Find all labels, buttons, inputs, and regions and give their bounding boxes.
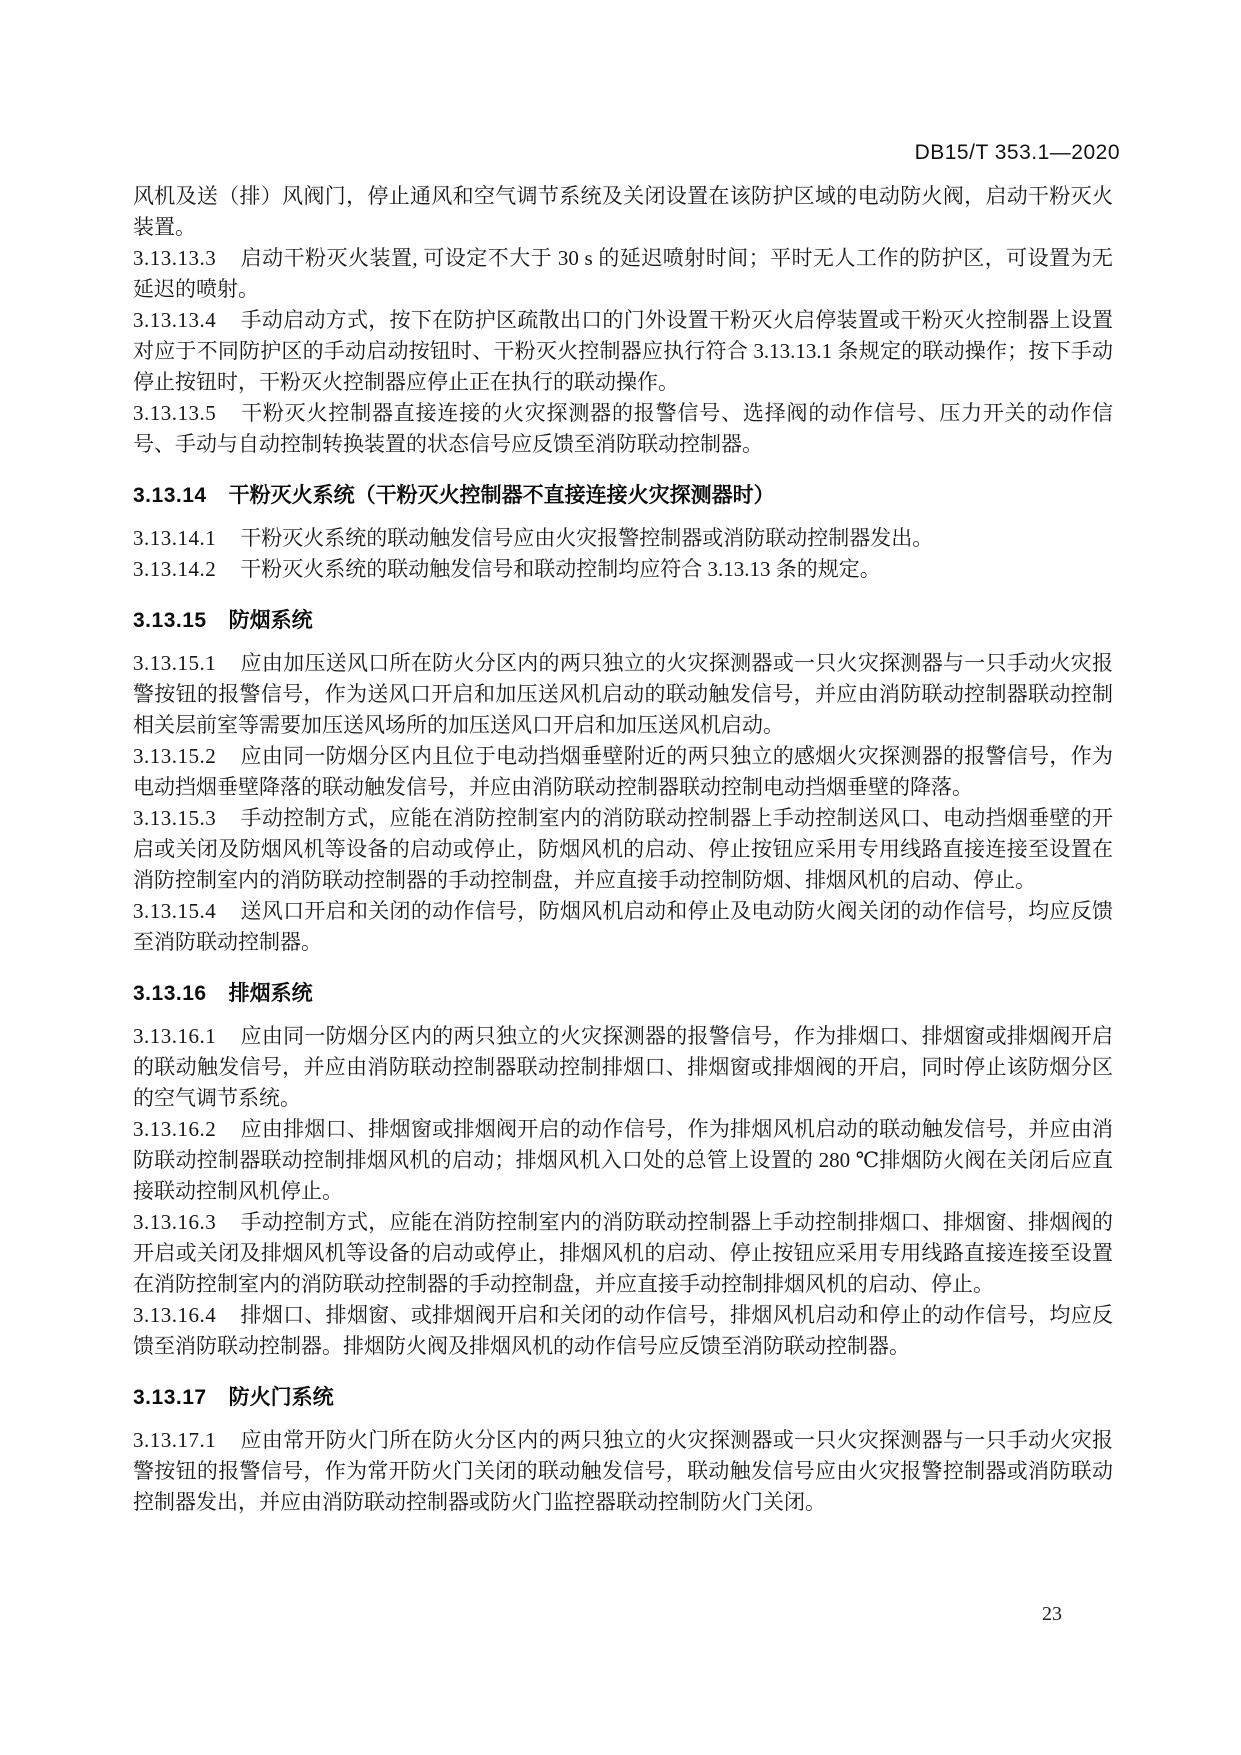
- clause-text: 应由同一防烟分区内的两只独立的火灾探测器的报警信号，作为排烟口、排烟窗或排烟阀开…: [133, 1024, 1113, 1110]
- clause-paragraph: 3.13.13.3启动干粉灭火装置, 可设定不大于 30 s 的延迟喷射时间；平…: [133, 243, 1113, 305]
- section-heading: 3.13.17防火门系统: [133, 1382, 1113, 1413]
- clause-number: 3.13.15.4: [133, 896, 216, 927]
- section-number: 3.13.14: [133, 480, 207, 511]
- clause-paragraph: 3.13.13.4手动启动方式，按下在防护区疏散出口的门外设置干粉灭火启停装置或…: [133, 305, 1113, 398]
- section-number: 3.13.17: [133, 1382, 207, 1413]
- clause-paragraph: 3.13.15.2应由同一防烟分区内且位于电动挡烟垂壁附近的两只独立的感烟火灾探…: [133, 741, 1113, 803]
- clause-paragraph: 3.13.16.4排烟口、排烟窗、或排烟阀开启和关闭的动作信号，排烟风机启动和停…: [133, 1300, 1113, 1362]
- section-title: 防火门系统: [229, 1386, 334, 1409]
- clause-number: 3.13.13.5: [133, 398, 216, 429]
- clause-number: 3.13.16.2: [133, 1114, 216, 1145]
- clause-text: 手动控制方式，应能在消防控制室内的消防联动控制器上手动控制送风口、电动挡烟垂壁的…: [133, 806, 1113, 892]
- clause-number: 3.13.15.3: [133, 803, 216, 834]
- clause-text: 应由常开防火门所在防火分区内的两只独立的火灾探测器或一只火灾探测器与一只手动火灾…: [133, 1428, 1113, 1514]
- section-number: 3.13.15: [133, 605, 207, 636]
- clause-text: 风机及送（排）风阀门，停止通风和空气调节系统及关闭设置在该防护区域的电动防火阀，…: [133, 184, 1113, 239]
- clause-number: 3.13.16.4: [133, 1300, 216, 1331]
- clause-paragraph: 3.13.14.1干粉灭火系统的联动触发信号应由火灾报警控制器或消防联动控制器发…: [133, 523, 1113, 554]
- clause-number: 3.13.16.1: [133, 1021, 216, 1052]
- page-number: 23: [1042, 1603, 1062, 1626]
- clause-paragraph: 3.13.14.2干粉灭火系统的联动触发信号和联动控制均应符合 3.13.13 …: [133, 554, 1113, 585]
- section-heading: 3.13.15防烟系统: [133, 605, 1113, 636]
- section-title: 干粉灭火系统（干粉灭火控制器不直接连接火灾探测器时）: [229, 484, 775, 507]
- clause-number: 3.13.13.3: [133, 243, 216, 274]
- clause-text: 手动控制方式，应能在消防控制室内的消防联动控制器上手动控制排烟口、排烟窗、排烟阀…: [133, 1210, 1113, 1296]
- clause-text: 排烟口、排烟窗、或排烟阀开启和关闭的动作信号，排烟风机启动和停止的动作信号，均应…: [133, 1303, 1113, 1358]
- clause-paragraph: 3.13.16.3手动控制方式，应能在消防控制室内的消防联动控制器上手动控制排烟…: [133, 1207, 1113, 1300]
- clause-text: 干粉灭火系统的联动触发信号和联动控制均应符合 3.13.13 条的规定。: [240, 557, 881, 581]
- clause-paragraph: 3.13.15.4送风口开启和关闭的动作信号，防烟风机启动和停止及电动防火阀关闭…: [133, 896, 1113, 958]
- section-title: 防烟系统: [229, 609, 313, 632]
- clause-number: 3.13.15.1: [133, 648, 216, 679]
- clause-text: 应由加压送风口所在防火分区内的两只独立的火灾探测器或一只火灾探测器与一只手动火灾…: [133, 651, 1113, 737]
- clause-text: 应由排烟口、排烟窗或排烟阀开启的动作信号，作为排烟风机启动的联动触发信号，并应由…: [133, 1117, 1113, 1203]
- section-title: 排烟系统: [229, 982, 313, 1005]
- clause-number: 3.13.13.4: [133, 305, 216, 336]
- document-page: DB15/T 353.1—2020 风机及送（排）风阀门，停止通风和空气调节系统…: [0, 0, 1241, 1755]
- clause-paragraph: 3.13.15.1应由加压送风口所在防火分区内的两只独立的火灾探测器或一只火灾探…: [133, 648, 1113, 741]
- clause-text: 应由同一防烟分区内且位于电动挡烟垂壁附近的两只独立的感烟火灾探测器的报警信号，作…: [133, 744, 1113, 799]
- clause-paragraph: 3.13.16.2应由排烟口、排烟窗或排烟阀开启的动作信号，作为排烟风机启动的联…: [133, 1114, 1113, 1207]
- clause-paragraph: 3.13.13.5干粉灭火控制器直接连接的火灾探测器的报警信号、选择阀的动作信号…: [133, 398, 1113, 460]
- clause-paragraph: 3.13.16.1应由同一防烟分区内的两只独立的火灾探测器的报警信号，作为排烟口…: [133, 1021, 1113, 1114]
- clause-text: 干粉灭火系统的联动触发信号应由火灾报警控制器或消防联动控制器发出。: [240, 526, 933, 550]
- section-number: 3.13.16: [133, 978, 207, 1009]
- clause-number: 3.13.14.2: [133, 554, 216, 585]
- clause-number: 3.13.15.2: [133, 741, 216, 772]
- clause-text: 手动启动方式，按下在防护区疏散出口的门外设置干粉灭火启停装置或干粉灭火控制器上设…: [133, 308, 1113, 394]
- clause-text: 干粉灭火控制器直接连接的火灾探测器的报警信号、选择阀的动作信号、压力开关的动作信…: [133, 401, 1113, 456]
- clause-text: 送风口开启和关闭的动作信号，防烟风机启动和停止及电动防火阀关闭的动作信号，均应反…: [133, 899, 1113, 954]
- clause-number: 3.13.14.1: [133, 523, 216, 554]
- document-code-header: DB15/T 353.1—2020: [133, 141, 1120, 165]
- section-heading: 3.13.14干粉灭火系统（干粉灭火控制器不直接连接火灾探测器时）: [133, 480, 1113, 511]
- clause-text: 启动干粉灭火装置, 可设定不大于 30 s 的延迟喷射时间；平时无人工作的防护区…: [133, 246, 1113, 301]
- clause-number: 3.13.16.3: [133, 1207, 216, 1238]
- clause-paragraph: 3.13.15.3手动控制方式，应能在消防控制室内的消防联动控制器上手动控制送风…: [133, 803, 1113, 896]
- document-body: 风机及送（排）风阀门，停止通风和空气调节系统及关闭设置在该防护区域的电动防火阀，…: [133, 181, 1113, 1518]
- body-paragraph: 风机及送（排）风阀门，停止通风和空气调节系统及关闭设置在该防护区域的电动防火阀，…: [133, 181, 1113, 243]
- clause-number: 3.13.17.1: [133, 1425, 216, 1456]
- section-heading: 3.13.16排烟系统: [133, 978, 1113, 1009]
- clause-paragraph: 3.13.17.1应由常开防火门所在防火分区内的两只独立的火灾探测器或一只火灾探…: [133, 1425, 1113, 1518]
